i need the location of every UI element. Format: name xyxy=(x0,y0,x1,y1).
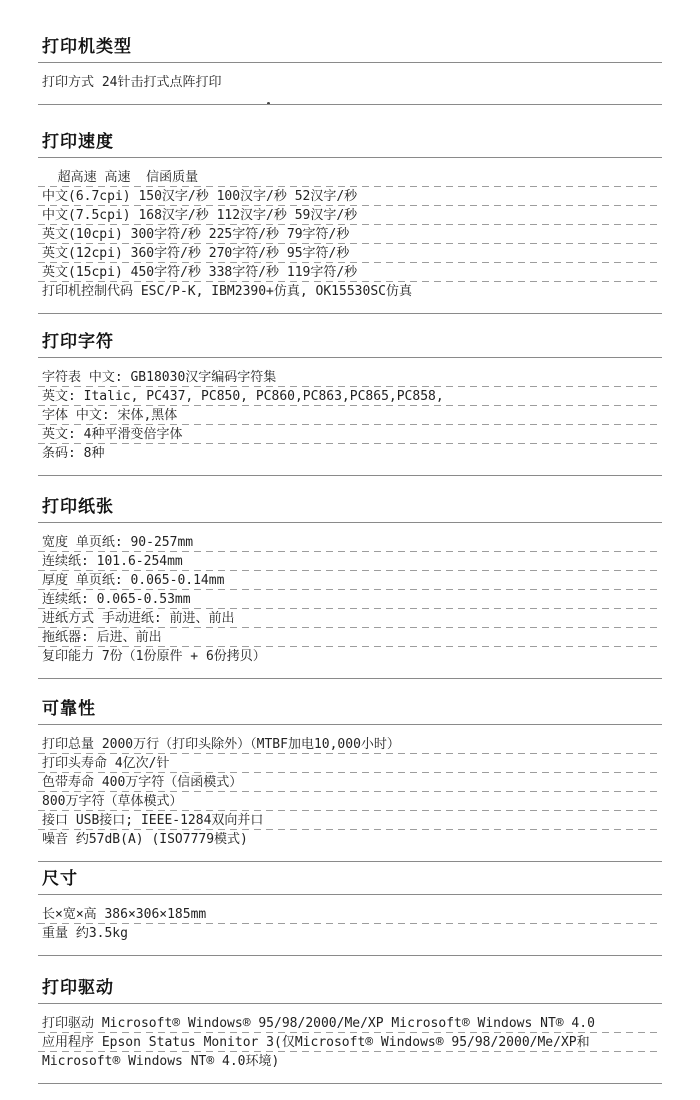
spec-row: 噪音 约57dB(A) (ISO7779模式) xyxy=(38,830,662,849)
section-rule-top xyxy=(38,522,662,523)
section-title: 尺寸 xyxy=(38,868,662,890)
spec-row: 字符表 中文: GB18030汉字编码字符集 xyxy=(38,368,662,387)
spec-row: 打印头寿命 4亿次/针 xyxy=(38,754,662,773)
spec-row: 宽度 单页纸: 90-257mm xyxy=(38,533,662,552)
spec-row: 重量 约3.5kg xyxy=(38,924,662,943)
section-title: 打印速度 xyxy=(38,131,662,153)
spec-row: 打印方式 24针击打式点阵打印 xyxy=(38,73,662,92)
section-rule-top xyxy=(38,62,662,63)
spec-section: 尺寸 长×宽×高 386×306×185mm重量 约3.5kg xyxy=(38,868,662,956)
section-rule-top xyxy=(38,357,662,358)
spec-row: 超高速 高速 信函质量 xyxy=(38,168,662,187)
spec-row: 中文(7.5cpi) 168汉字/秒 112汉字/秒 59汉字/秒 xyxy=(38,206,662,225)
section-rows: 宽度 单页纸: 90-257mm连续纸: 101.6-254mm厚度 单页纸: … xyxy=(38,533,662,666)
spec-row: 英文(10cpi) 300字符/秒 225字符/秒 79字符/秒 xyxy=(38,225,662,244)
spec-row: 复印能力 7份（1份原件 + 6份拷贝） xyxy=(38,647,662,666)
spec-row: 中文(6.7cpi) 150汉字/秒 100汉字/秒 52汉字/秒 xyxy=(38,187,662,206)
spec-row: 厚度 单页纸: 0.065-0.14mm xyxy=(38,571,662,590)
section-title: 打印纸张 xyxy=(38,496,662,518)
section-rule-top xyxy=(38,894,662,895)
spec-section: 打印机类型 打印方式 24针击打式点阵打印 xyxy=(38,36,662,105)
spec-row: 英文: 4种平滑变倍字体 xyxy=(38,425,662,444)
spec-row: 打印总量 2000万行（打印头除外）（MTBF加电10,000小时） xyxy=(38,735,662,754)
spec-row: 接口 USB接口; IEEE-1284双向并口 xyxy=(38,811,662,830)
spec-row: 条码: 8种 xyxy=(38,444,662,463)
spec-row: 拖纸器: 后进、前出 xyxy=(38,628,662,647)
spec-row: 应用程序 Epson Status Monitor 3(仅Microsoft® … xyxy=(38,1033,662,1052)
section-rule-bottom xyxy=(38,313,662,314)
section-rule-bottom xyxy=(38,1083,662,1084)
section-rows: 打印驱动 Microsoft® Windows® 95/98/2000/Me/X… xyxy=(38,1014,662,1071)
section-rule-top xyxy=(38,1003,662,1004)
section-rows: 超高速 高速 信函质量中文(6.7cpi) 150汉字/秒 100汉字/秒 52… xyxy=(38,168,662,301)
spec-row: 长×宽×高 386×306×185mm xyxy=(38,905,662,924)
spec-row: 进纸方式 手动进纸: 前进、前出 xyxy=(38,609,662,628)
section-rows: 打印总量 2000万行（打印头除外）（MTBF加电10,000小时）打印头寿命 … xyxy=(38,735,662,849)
spec-row: 打印机控制代码 ESC/P-K, IBM2390+仿真, OK15530SC仿真 xyxy=(38,282,662,301)
section-rule-top xyxy=(38,724,662,725)
section-rule-bottom xyxy=(38,678,662,679)
section-rows: 打印方式 24针击打式点阵打印 xyxy=(38,73,662,92)
section-title: 打印机类型 xyxy=(38,36,662,58)
section-title: 可靠性 xyxy=(38,698,662,720)
spec-section: 打印字符 字符表 中文: GB18030汉字编码字符集英文: Italic, P… xyxy=(38,331,662,476)
spec-row: 连续纸: 101.6-254mm xyxy=(38,552,662,571)
spec-section: 打印驱动 打印驱动 Microsoft® Windows® 95/98/2000… xyxy=(38,977,662,1084)
section-title: 打印驱动 xyxy=(38,977,662,999)
spec-row: 打印驱动 Microsoft® Windows® 95/98/2000/Me/X… xyxy=(38,1014,662,1033)
spec-document: 打印机类型 打印方式 24针击打式点阵打印 打印速度 超高速 高速 信函质量中文… xyxy=(0,0,700,1100)
spec-row: 800万字符（草体模式） xyxy=(38,792,662,811)
spec-row: 字体 中文: 宋体,黑体 xyxy=(38,406,662,425)
section-rule-top xyxy=(38,157,662,158)
section-rule-bottom xyxy=(38,104,662,105)
spec-row: Microsoft® Windows NT® 4.0环境) xyxy=(38,1052,662,1071)
spec-row: 英文: Italic, PC437, PC850, PC860,PC863,PC… xyxy=(38,387,662,406)
section-rows: 长×宽×高 386×306×185mm重量 约3.5kg xyxy=(38,905,662,943)
section-rule-bottom xyxy=(38,475,662,476)
section-rows: 字符表 中文: GB18030汉字编码字符集英文: Italic, PC437,… xyxy=(38,368,662,463)
spec-row: 连续纸: 0.065-0.53mm xyxy=(38,590,662,609)
spec-row: 英文(12cpi) 360字符/秒 270字符/秒 95字符/秒 xyxy=(38,244,662,263)
section-rule-bottom xyxy=(38,955,662,956)
spec-section: 打印纸张 宽度 单页纸: 90-257mm连续纸: 101.6-254mm厚度 … xyxy=(38,496,662,679)
spec-row: 英文(15cpi) 450字符/秒 338字符/秒 119字符/秒 xyxy=(38,263,662,282)
spec-row: 色带寿命 400万字符（信函模式） xyxy=(38,773,662,792)
section-title: 打印字符 xyxy=(38,331,662,353)
section-rule-bottom xyxy=(38,861,662,862)
spec-section: 可靠性 打印总量 2000万行（打印头除外）（MTBF加电10,000小时）打印… xyxy=(38,698,662,862)
spec-section: 打印速度 超高速 高速 信函质量中文(6.7cpi) 150汉字/秒 100汉字… xyxy=(38,131,662,314)
